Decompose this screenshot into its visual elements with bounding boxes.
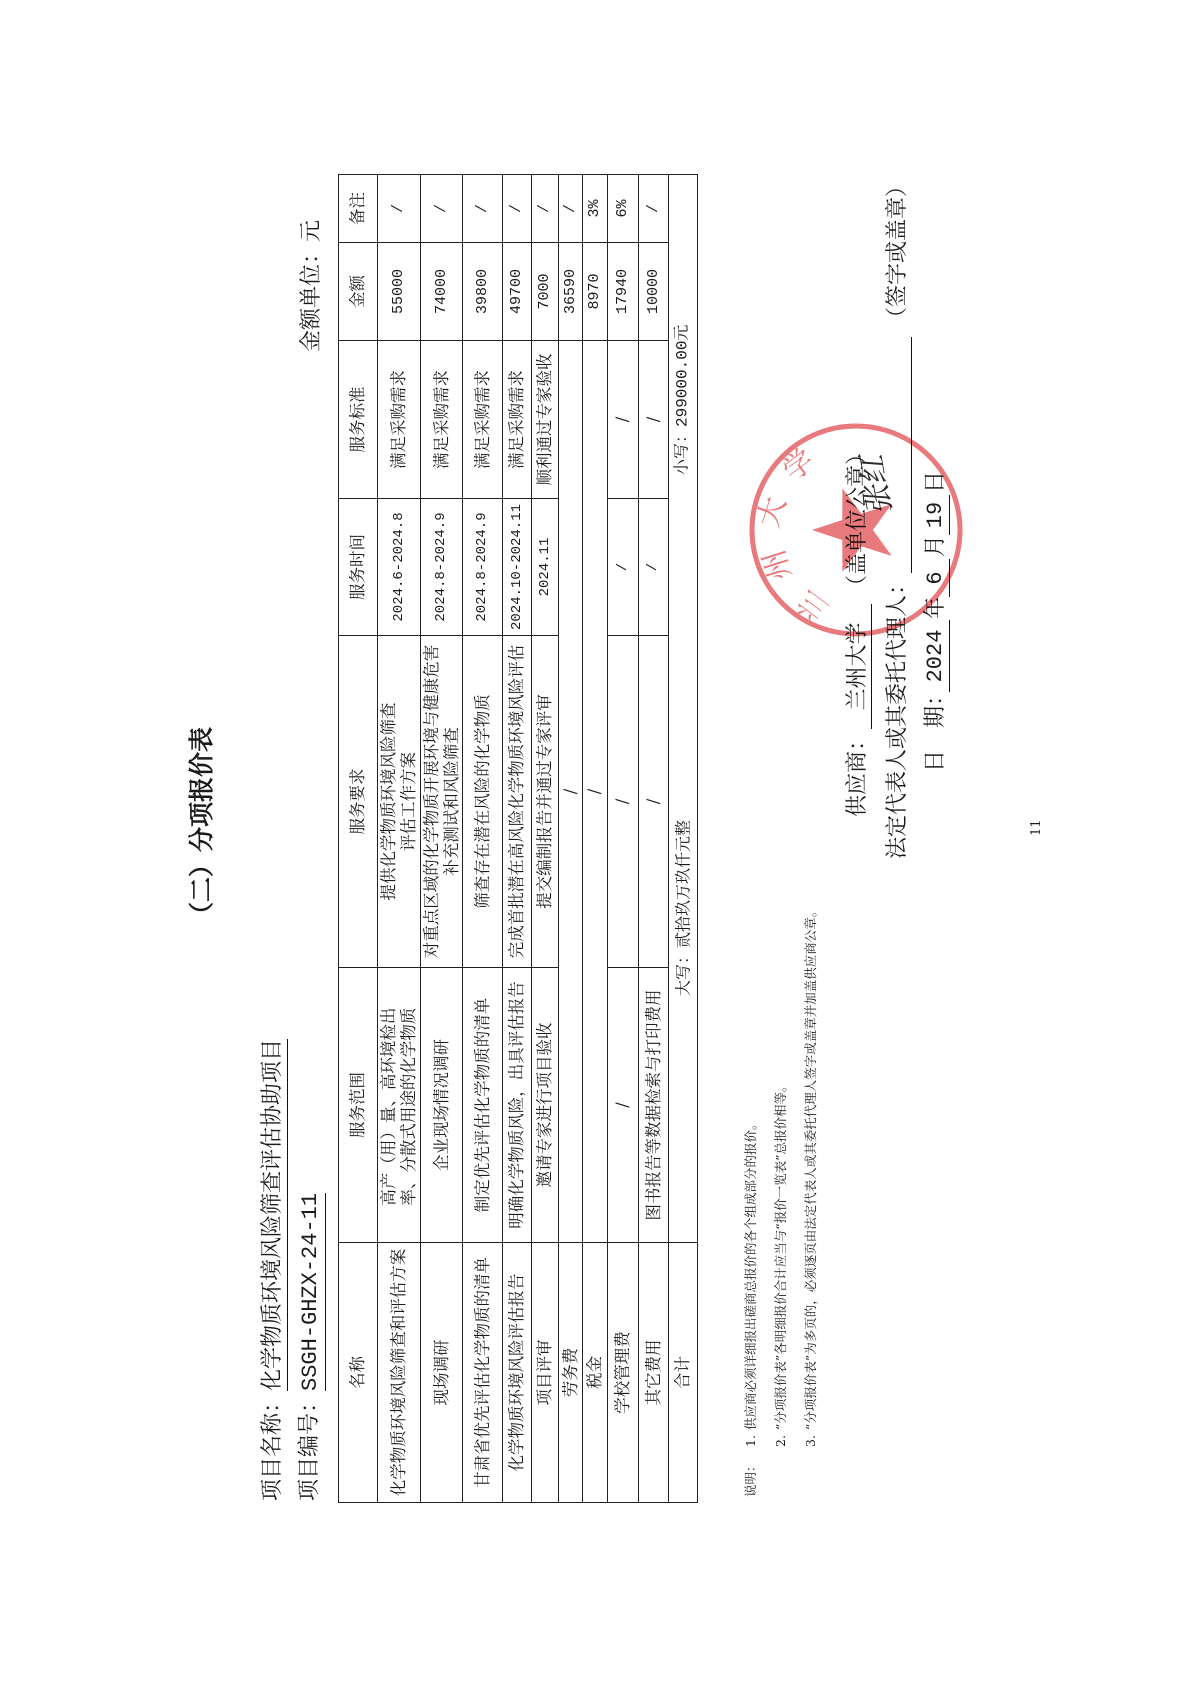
cell-amount: 39800 (463, 243, 503, 341)
cell-time: 2024.10-2024.11 (503, 499, 532, 636)
cell-requirement: 完成首批潜在高风险化学物质环境风险评估 (503, 636, 532, 968)
table-row: 化学物质环境风险评估报告 明确化学物质风险，出具评估报告 完成首批潜在高风险化学… (503, 175, 532, 1503)
cell-standard: 满足采购需求 (378, 341, 421, 499)
cell-name: 项目评审 (532, 1243, 559, 1503)
table-row: 劳务费 / 36590 / (559, 175, 583, 1503)
project-name-line: 项目名称：化学物质环境风险筛查评估协助项目 (262, 1039, 284, 1501)
cell-standard: 顺利通过专家验收 (532, 341, 559, 499)
cell-amount: 49700 (503, 243, 532, 341)
note-number: 2. (773, 1435, 788, 1447)
project-number-label: 项目编号： (297, 1391, 322, 1501)
date-label: 日 期： (925, 684, 947, 772)
header-name: 名称 (339, 1243, 378, 1503)
cell-remark: 3% (583, 175, 608, 243)
cell-remark: / (503, 175, 532, 243)
cell-requirement-text: 提供化学物质环境风险筛查评估工作方案 (379, 701, 419, 902)
cell-remark: / (532, 175, 559, 243)
cell-requirement: 提供化学物质环境风险筛查评估工作方案 (378, 636, 421, 968)
table-row: 现场调研 企业现场情况调研 对重点区域的化学物质开展环境与健康危害补充测试和风险… (421, 175, 463, 1503)
cell-requirement: 筛查存在潜在风险的化学物质 (463, 636, 503, 968)
note-number: 1. (743, 1435, 758, 1447)
cell-requirement: / (608, 636, 639, 968)
header-requirement: 服务要求 (339, 636, 378, 968)
cell-amount: 8970 (583, 243, 608, 341)
cell-time: 2024.11 (532, 499, 559, 636)
cell-service-details-merged: / (583, 341, 608, 1243)
cell-amount: 17940 (608, 243, 639, 341)
cell-standard: / (608, 341, 639, 499)
header-time: 服务时间 (339, 499, 378, 636)
cell-requirement: / (639, 636, 669, 968)
note-text: “分项报价表”为多页的，必须逐页由法定代表人或其委托代理人签字或盖章并加盖供应商… (803, 905, 818, 1430)
project-name-value: 化学物质环境风险筛查评估协助项目 (260, 1039, 288, 1391)
cell-amount: 36590 (559, 243, 583, 341)
cell-name: 税金 (583, 1243, 608, 1503)
cell-scope-text: 高产（用）量、高环境检出率、分散式用途的化学物质 (379, 1004, 419, 1205)
note-item: 1.供应商必须详细报出磋商总报价的各个组成部分的报价。 (741, 1118, 759, 1447)
representative-note: （签字或盖章） (887, 175, 909, 329)
document-page: （二）分项报价表 项目名称：化学物质环境风险筛查评估协助项目 项目编号：SSGH… (0, 0, 1200, 1697)
notes-label: 说明： (741, 1459, 759, 1497)
note-text: “分项报价表”各明细报价合计应当与“报价一览表”总报价相等。 (773, 1079, 788, 1430)
page-title: （二）分项报价表 (189, 727, 214, 927)
table-header-row: 名称 服务范围 服务要求 服务时间 服务标准 金额 备注 (339, 175, 378, 1503)
cell-standard: / (639, 341, 669, 499)
header-scope: 服务范围 (339, 968, 378, 1243)
table-row: 税金 / 8970 3% (583, 175, 608, 1503)
seal-star-icon (812, 488, 892, 572)
page-number: 11 (1030, 819, 1043, 836)
note-item: 2.“分项报价表”各明细报价合计应当与“报价一览表”总报价相等。 (771, 1079, 789, 1447)
cell-remark: / (378, 175, 421, 243)
cell-standard: 满足采购需求 (421, 341, 463, 499)
currency-unit: 金额单位：元 (301, 220, 323, 352)
cell-amount: 74000 (421, 243, 463, 341)
cell-remark: / (463, 175, 503, 243)
table-row: 其它费用 图书报告等数据检索与打印费用 / / / 10000 / (639, 175, 669, 1503)
cell-remark: / (559, 175, 583, 243)
project-number-value: SSGH-GHZX-24-11 (298, 1193, 326, 1391)
table-row: 项目评审 邀请专家进行项目验收 提交编制报告并通过专家评审 2024.11 顺利… (532, 175, 559, 1503)
cell-standard: 满足采购需求 (463, 341, 503, 499)
cell-amount: 55000 (378, 243, 421, 341)
cell-scope: 图书报告等数据检索与打印费用 (639, 968, 669, 1243)
official-seal-stamp: 兰州大学 (741, 415, 971, 645)
supplier-label: 供应商： (847, 729, 869, 817)
note-text: 供应商必须详细报出磋商总报价的各个组成部分的报价。 (743, 1118, 758, 1431)
cell-scope: 制定优先评估化学物质的清单 (463, 968, 503, 1243)
project-name-label: 项目名称： (260, 1391, 285, 1501)
cell-time: 2024.6-2024.8 (378, 499, 421, 636)
table-row: 学校管理费 / / / / 17940 6% (608, 175, 639, 1503)
cell-standard: 满足采购需求 (503, 341, 532, 499)
cell-requirement: 提交编制报告并通过专家评审 (532, 636, 559, 968)
cell-time: 2024.8-2024.9 (421, 499, 463, 636)
cell-scope: 邀请专家进行项目验收 (532, 968, 559, 1243)
total-amount-cell: 大写：贰拾玖万玖仟元整 小写：299000.00元 (669, 175, 698, 1243)
total-lowercase: 小写：299000.00元 (673, 325, 692, 475)
total-label: 合计 (669, 1243, 698, 1503)
cell-name: 其它费用 (639, 1243, 669, 1503)
cell-remark: / (639, 175, 669, 243)
itemized-quote-table: 名称 服务范围 服务要求 服务时间 服务标准 金额 备注 化学物质环境风险筛查和… (338, 174, 698, 1503)
cell-name: 化学物质环境风险评估报告 (503, 1243, 532, 1503)
cell-scope: 明确化学物质风险，出具评估报告 (503, 968, 532, 1243)
cell-name: 学校管理费 (608, 1243, 639, 1503)
cell-time: / (639, 499, 669, 636)
project-number-line: 项目编号：SSGH-GHZX-24-11 (299, 1193, 322, 1501)
cell-service-details-merged: / (559, 341, 583, 1243)
cell-time: / (608, 499, 639, 636)
cell-requirement-text: 对重点区域的化学物质开展环境与健康危害补充测试和风险筛查 (422, 642, 462, 960)
cell-requirement: 对重点区域的化学物质开展环境与健康危害补充测试和风险筛查 (421, 636, 463, 968)
cell-remark: 6% (608, 175, 639, 243)
header-remark: 备注 (339, 175, 378, 243)
table-row: 甘肃省优先评估化学物质的清单 制定优先评估化学物质的清单 筛查存在潜在风险的化学… (463, 175, 503, 1503)
cell-time: 2024.8-2024.9 (463, 499, 503, 636)
cell-amount: 7000 (532, 243, 559, 341)
cell-remark: / (421, 175, 463, 243)
cell-scope: 企业现场情况调研 (421, 968, 463, 1243)
cell-scope: 高产（用）量、高环境检出率、分散式用途的化学物质 (378, 968, 421, 1243)
cell-name: 甘肃省优先评估化学物质的清单 (463, 1243, 503, 1503)
cell-amount: 10000 (639, 243, 669, 341)
table-row: 化学物质环境风险筛查和评估方案 高产（用）量、高环境检出率、分散式用途的化学物质… (378, 175, 421, 1503)
cell-name: 化学物质环境风险筛查和评估方案 (378, 1243, 421, 1503)
header-standard: 服务标准 (339, 341, 378, 499)
note-number: 3. (803, 1435, 818, 1447)
cell-scope: / (608, 968, 639, 1243)
total-uppercase: 大写：贰拾玖万玖仟元整 (673, 820, 692, 996)
cell-name: 劳务费 (559, 1243, 583, 1503)
note-item: 3.“分项报价表”为多页的，必须逐页由法定代表人或其委托代理人签字或盖章并加盖供… (801, 905, 819, 1447)
header-amount: 金额 (339, 243, 378, 341)
cell-name: 现场调研 (421, 1243, 463, 1503)
table-total-row: 合计 大写：贰拾玖万玖仟元整 小写：299000.00元 (669, 175, 698, 1503)
